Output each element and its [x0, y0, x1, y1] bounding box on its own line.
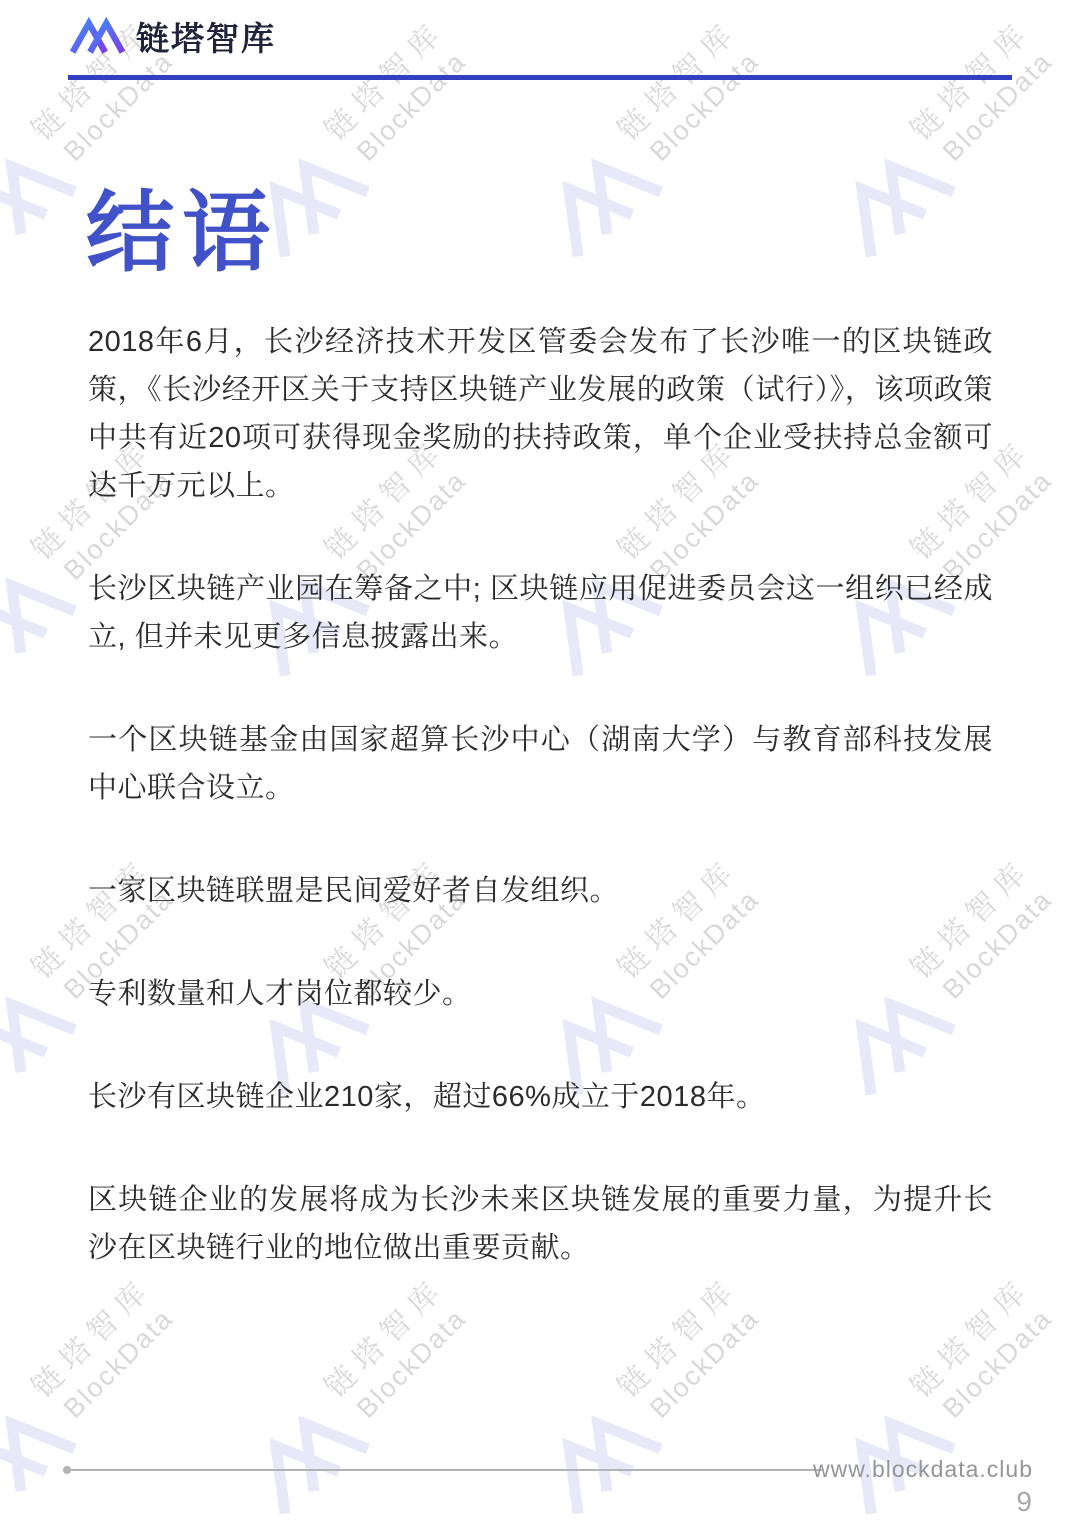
watermark-logo-icon: [0, 966, 88, 1110]
watermark-logo-icon: [0, 1385, 88, 1527]
body-paragraph: 2018年6月，长沙经济技术开发区管委会发布了长沙唯一的区块链政策，《长沙经开区…: [88, 318, 993, 510]
watermark-logo-icon: [817, 128, 967, 272]
body-paragraph: 一个区块链基金由国家超算长沙中心（湖南大学）与教育部科技发展中心联合设立。: [88, 716, 993, 812]
body-paragraph: 专利数量和人才岗位都较少。: [88, 970, 993, 1018]
watermark-logo-icon: [0, 547, 88, 691]
watermark-logo-icon: [0, 128, 88, 272]
footer-url[interactable]: www.blockdata.club: [813, 1456, 1033, 1483]
watermark-logo-icon: [524, 128, 674, 272]
body-copy: 2018年6月，长沙经济技术开发区管委会发布了长沙唯一的区块链政策，《长沙经开区…: [88, 318, 993, 1327]
page-title: 结语: [86, 178, 278, 288]
brand-logo-icon: [68, 14, 126, 63]
watermark-logo-icon: [231, 1385, 381, 1527]
header-rule: [68, 75, 1012, 80]
watermark-logo-icon: [524, 1385, 674, 1527]
footer-rule: [70, 1469, 822, 1471]
brand: 链塔智库: [68, 14, 1012, 63]
page: 链塔智库BlockData链塔智库BlockData链塔智库BlockData链…: [0, 0, 1080, 1527]
brand-name: 链塔智库: [136, 15, 276, 63]
body-paragraph: 长沙区块链产业园在筹备之中; 区块链应用促进委员会这一组织已经成立, 但并未见更…: [88, 565, 993, 661]
body-paragraph: 一家区块链联盟是民间爱好者自发组织。: [88, 867, 993, 915]
page-number: 9: [1016, 1486, 1032, 1518]
body-paragraph: 区块链企业的发展将成为长沙未来区块链发展的重要力量，为提升长沙在区块链行业的地位…: [88, 1176, 993, 1272]
header: 链塔智库: [68, 14, 1012, 63]
body-paragraph: 长沙有区块链企业210家，超过66%成立于2018年。: [88, 1073, 993, 1121]
